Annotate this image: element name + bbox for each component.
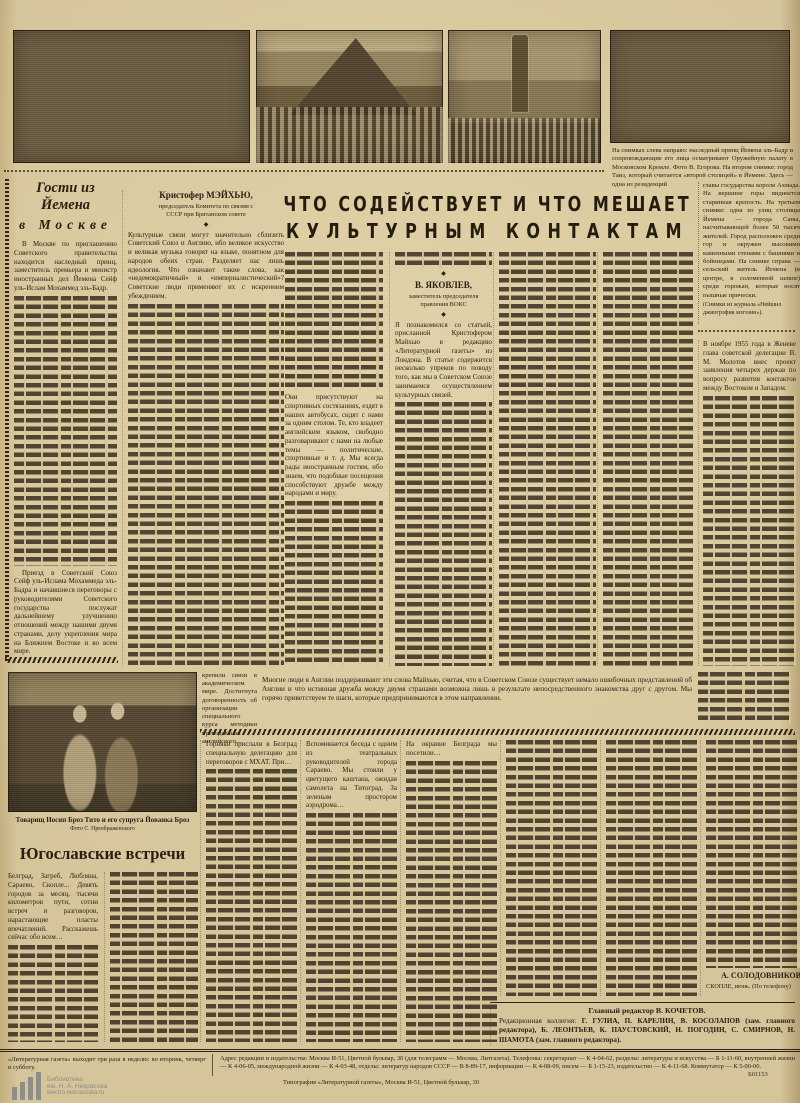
tito-caption-text: Товарищ Иосип Броз Тито и его супруга Йо…	[8, 816, 197, 825]
photo-grain	[610, 30, 790, 143]
article-closing-text: Многие люди в Англии поддерживают эти сл…	[262, 676, 692, 703]
simulated-text-block	[603, 252, 693, 666]
simulated-text-block	[306, 813, 397, 1042]
library-watermark: Библиотека им. Н. А. Некрасова electro.n…	[12, 1072, 172, 1100]
yugoslav-column-3: Горняки прислали в Белград специальную д…	[200, 740, 297, 1042]
yugoslav-dateline: СКОПЛЕ, июнь. (По телефону)	[706, 983, 800, 990]
logo-bar	[12, 1087, 17, 1100]
yugoslav-title: Югославские встречи	[8, 844, 197, 864]
photo-kremlin-visit	[13, 30, 250, 163]
simulated-text-block	[706, 740, 800, 968]
yemen-lead: В Москве по приглашению Советского прави…	[14, 240, 117, 293]
mayhew-byline: Кристофер МЭЙХЬЮ,	[128, 190, 284, 200]
footer-schedule: «Литературная газета» выходит три раза в…	[8, 1056, 206, 1073]
yakovlev-role: заместитель председателя правления ВОКС	[402, 293, 484, 309]
section-divider	[200, 729, 795, 735]
photo-grain	[256, 30, 443, 163]
photo-strip-caption-narrow: главы государства короля Ахмада. На верш…	[703, 182, 800, 300]
tourists-excerpt: Они присутствуют на спортивных состязани…	[285, 393, 383, 498]
sarajevo-fragment: Вспоминается беседа с одним из театральн…	[306, 740, 397, 810]
article-column-5: В ноябре 1955 года в Женеве глава советс…	[698, 340, 796, 666]
simulated-text-block	[14, 296, 117, 566]
logo-bar	[36, 1072, 41, 1100]
simulated-text-block	[128, 304, 284, 666]
yugoslav-column-8: А. СОЛОДОВНИКОВ СКОПЛЕ, июнь. (По телефо…	[700, 740, 800, 996]
photo-strip-caption-box: главы государства короля Ахмада. На верш…	[698, 182, 800, 324]
tito-caption-credit: Фото С. Преображенского	[8, 826, 197, 832]
simulated-text-block	[110, 872, 198, 1042]
gornyaki-fragment: Горняки прислали в Белград специальную д…	[206, 740, 297, 766]
diamond-ornament: ◆	[395, 271, 492, 277]
chief-editor: Главный редактор В. КОЧЕТОВ.	[499, 1006, 795, 1015]
article-column-2-yakovlev: ◆ В. ЯКОВЛЕВ, заместитель председателя п…	[389, 252, 492, 666]
photo-strip-caption-credit: (Снимки из журнала «Нейшнл джиогрэфик мэ…	[703, 302, 800, 317]
simulated-text-block	[285, 501, 383, 666]
tito-photo-caption: Товарищ Иосип Броз Тито и его супруга Йо…	[8, 816, 197, 832]
editorial-board-label: Редакционная коллегия:	[499, 1017, 576, 1025]
simulated-text-block	[406, 761, 497, 1043]
yemen-title-line2: в Москве	[14, 217, 117, 233]
yemen-box-bottom-ornament	[5, 657, 118, 663]
yugoslav-column-7	[600, 740, 697, 996]
yugoslav-column-2	[104, 872, 198, 1042]
diamond-ornament: ◆	[395, 312, 492, 318]
yakovlev-byline: В. ЯКОВЛЕВ,	[395, 280, 492, 290]
molotov-excerpt: В ноябре 1955 года в Женеве глава советс…	[703, 340, 796, 393]
yemen-ending: Приезд в Советский Союз Сейф уль-Ислама …	[14, 569, 117, 657]
logo-bar	[20, 1082, 25, 1100]
mayhew-role: председатель Комитета по связям с СССР п…	[151, 203, 260, 219]
print-code: Б01153	[748, 1071, 768, 1078]
photo-tito-and-jovanka	[8, 672, 197, 812]
footer-divider	[212, 1054, 213, 1076]
main-headline: ЧТО СОДЕЙСТВУЕТ И ЧТО МЕШАЕТ КУЛЬТУРНЫМ …	[283, 192, 692, 238]
simulated-text-block	[395, 402, 492, 666]
belgrade-fragment: На окраине Белграда мы посетили…	[406, 740, 497, 758]
yemen-title-line1: Гости из Йемена	[14, 180, 117, 214]
article-column-4	[597, 252, 693, 666]
yemen-box-left-ornament	[5, 177, 9, 661]
footer-rule	[0, 1049, 800, 1052]
simulated-text-block	[206, 769, 297, 1042]
mayhew-column: Кристофер МЭЙХЬЮ, председатель Комитета …	[122, 190, 284, 666]
article-closing: Многие люди в Англии поддерживают эти сл…	[262, 676, 692, 703]
diamond-ornament: ◆	[128, 222, 284, 228]
simulated-text-block	[499, 252, 596, 666]
article-column-3	[493, 252, 596, 666]
mayhew-text: Культурные связи могут значительно сблиз…	[128, 231, 284, 301]
logo-bar	[28, 1077, 33, 1100]
yemen-title: Гости из Йемена в Москве	[14, 180, 117, 233]
yakovlev-text: Я познакомился со статьей, присланной Кр…	[395, 321, 492, 400]
photo-grain	[8, 672, 197, 812]
newspaper-page: На снимках слева направо: наследный прин…	[0, 0, 800, 1103]
yugoslav-column-6	[500, 740, 597, 996]
photo-grain	[448, 30, 601, 163]
caption-box-bottom-rule	[698, 330, 795, 332]
yugoslav-signature: А. СОЛОДОВНИКОВ	[706, 971, 800, 980]
yugoslav-column-4: Вспоминается беседа с одним из театральн…	[300, 740, 397, 1042]
photo-taiz-mountain	[256, 30, 443, 163]
headline-line1: ЧТО СОДЕЙСТВУЕТ И ЧТО МЕШАЕТ	[283, 192, 692, 216]
photo-yemeni-villagers	[610, 30, 790, 143]
simulated-text-block	[698, 672, 791, 724]
article-column-1: Они присутствуют на спортивных состязани…	[285, 252, 383, 666]
simulated-text-block	[703, 396, 796, 667]
simulated-text-block	[285, 252, 383, 390]
yugoslav-column-1: Белград, Загреб, Любляна, Сараево, Скопл…	[8, 872, 98, 1042]
simulated-text-block	[395, 252, 492, 268]
yemen-article: Гости из Йемена в Москве В Москве по при…	[14, 180, 117, 656]
photo-sana-street-minaret	[448, 30, 601, 163]
footer-address: Адрес редакции и издательства: Москва И-…	[220, 1055, 795, 1072]
simulated-text-block	[506, 740, 597, 996]
headline-line2: КУЛЬТУРНЫМ КОНТАКТАМ	[283, 219, 692, 243]
photo-grain	[13, 30, 250, 163]
photo-strip-rule	[4, 170, 604, 172]
library-logo-bars	[12, 1072, 41, 1100]
article-tail-right	[698, 672, 791, 724]
yugoslav-column-5: На окраине Белграда мы посетили…	[400, 740, 497, 1042]
simulated-text-block	[8, 945, 98, 1042]
footer-typography: Типография «Литературной газеты», Москва…	[283, 1079, 603, 1087]
simulated-text-block	[606, 740, 697, 996]
yugoslav-lead: Белград, Загреб, Любляна, Сараево, Скопл…	[8, 872, 98, 942]
editorial-block: Главный редактор В. КОЧЕТОВ. Редакционна…	[490, 1002, 795, 1046]
